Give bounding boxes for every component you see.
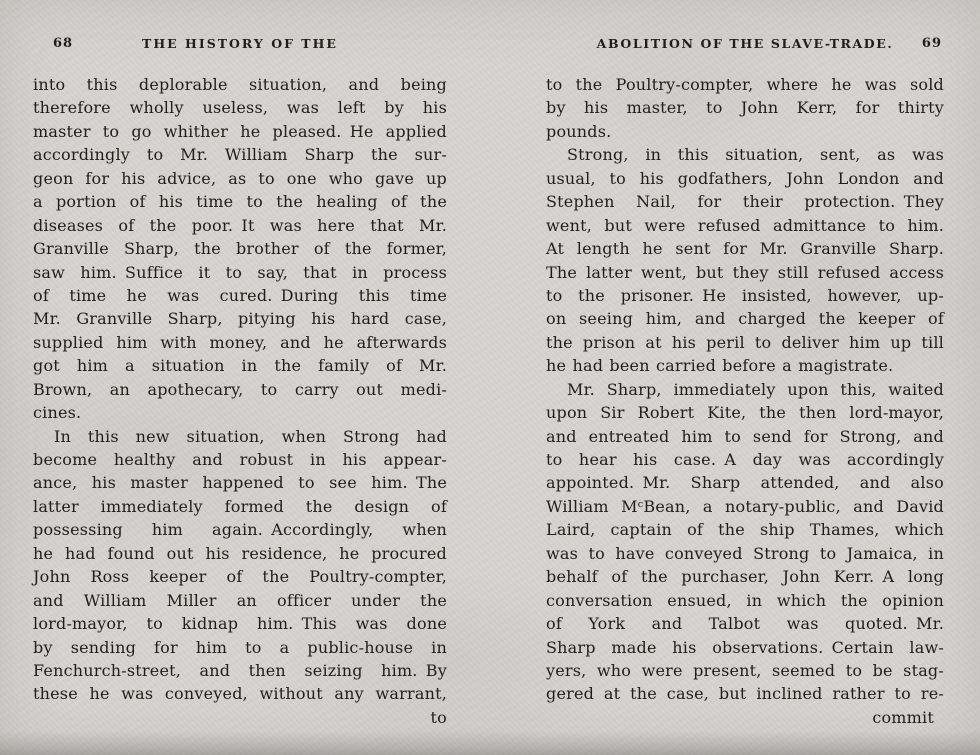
right-page-number: 69 [922,36,942,51]
body-line: went, but were refused admittance to him… [546,214,944,237]
right-page-body: to the Poultry-compter, where he was sol… [546,73,944,706]
body-line: these he was conveyed, without any warra… [33,682,447,705]
body-line: become healthy and robust in his appear- [33,448,447,471]
body-line: the prison at his peril to deliver him u… [546,331,944,354]
body-line: Mr. Granville Sharp, pitying his hard ca… [33,307,447,330]
body-line: supplied him with money, and he afterwar… [33,331,447,354]
body-line: he had been carried before a magistrate. [546,354,944,377]
body-line: Strong, in this situation, sent, as was [546,143,944,166]
body-line: appointed. Mr. Sharp attended, and also [546,471,944,494]
body-line: The latter went, but they still refused … [546,261,944,284]
body-line: behalf of the purchaser, John Kerr. A lo… [546,565,944,588]
body-line: and entreated him to send for Strong, an… [546,425,944,448]
body-line: Granville Sharp, the brother of the form… [33,237,447,260]
body-line: Sharp made his observations. Certain law… [546,636,944,659]
right-page-header: ABOLITION OF THE SLAVE-TRADE. 69 [546,36,944,52]
body-line: upon Sir Robert Kite, the then lord-mayo… [546,401,944,424]
body-line: was to have conveyed Strong to Jamaica, … [546,542,944,565]
body-line: yers, who were present, seemed to be sta… [546,659,944,682]
body-line: of time he was cured. During this time [33,284,447,307]
body-line: and William Miller an officer under the [33,589,447,612]
body-line: diseases of the poor. It was here that M… [33,214,447,237]
left-catchword: to [33,706,447,729]
body-line: latter immediately formed the design of [33,495,447,518]
body-line: got him a situation in the family of Mr. [33,354,447,377]
body-line: on seeing him, and charged the keeper of [546,307,944,330]
body-line: lord-mayor, to kidnap him. This was done [33,612,447,635]
body-line: possessing him again. Accordingly, when [33,518,447,541]
left-page-number: 68 [53,36,73,51]
body-line: William MᶜBean, a notary-public, and Dav… [546,495,944,518]
body-line: saw him. Suffice it to say, that in proc… [33,261,447,284]
body-line: of York and Talbot was quoted. Mr. [546,612,944,635]
body-line: gered at the case, but inclined rather t… [546,682,944,705]
right-catchword: commit [546,706,944,729]
body-line: therefore wholly useless, was left by hi… [33,96,447,119]
body-line: ance, his master happened to see him. Th… [33,471,447,494]
body-line: a portion of his time to the healing of … [33,190,447,213]
body-line: by his master, to John Kerr, for thirty [546,96,944,119]
body-line: At length he sent for Mr. Granville Shar… [546,237,944,260]
body-line: by sending for him to a public-house in [33,636,447,659]
body-line: accordingly to Mr. William Sharp the sur… [33,143,447,166]
body-line: usual, to his godfathers, John London an… [546,167,944,190]
body-line: Mr. Sharp, immediately upon this, waited [546,378,944,401]
body-line: geon for his advice, as to one who gave … [33,167,447,190]
body-line: Laird, captain of the ship Thames, which [546,518,944,541]
body-line: Stephen Nail, for their protection. They [546,190,944,213]
left-running-title: THE HISTORY OF THE [33,36,447,51]
right-page: ABOLITION OF THE SLAVE-TRADE. 69 to the … [546,36,944,729]
body-line: to the Poultry-compter, where he was sol… [546,73,944,96]
book-scan: 68 THE HISTORY OF THE into this deplorab… [0,0,980,755]
body-line: to the prisoner. He insisted, however, u… [546,284,944,307]
scan-bottom-shadow [0,731,980,755]
right-running-title: ABOLITION OF THE SLAVE-TRADE. [546,36,944,51]
left-page-body: into this deplorable situation, and bein… [33,73,447,706]
left-page-header: 68 THE HISTORY OF THE [33,36,447,52]
body-line: he had found out his residence, he procu… [33,542,447,565]
body-line: master to go whither he pleased. He appl… [33,120,447,143]
body-line: John Ross keeper of the Poultry-compter, [33,565,447,588]
body-line: cines. [33,401,447,424]
body-line: In this new situation, when Strong had [33,425,447,448]
body-line: to hear his case. A day was accordingly [546,448,944,471]
left-page: 68 THE HISTORY OF THE into this deplorab… [33,36,447,729]
body-line: Brown, an apothecary, to carry out medi- [33,378,447,401]
body-line: pounds. [546,120,944,143]
body-line: Fenchurch-street, and then seizing him. … [33,659,447,682]
body-line: conversation ensued, in which the opinio… [546,589,944,612]
body-line: into this deplorable situation, and bein… [33,73,447,96]
